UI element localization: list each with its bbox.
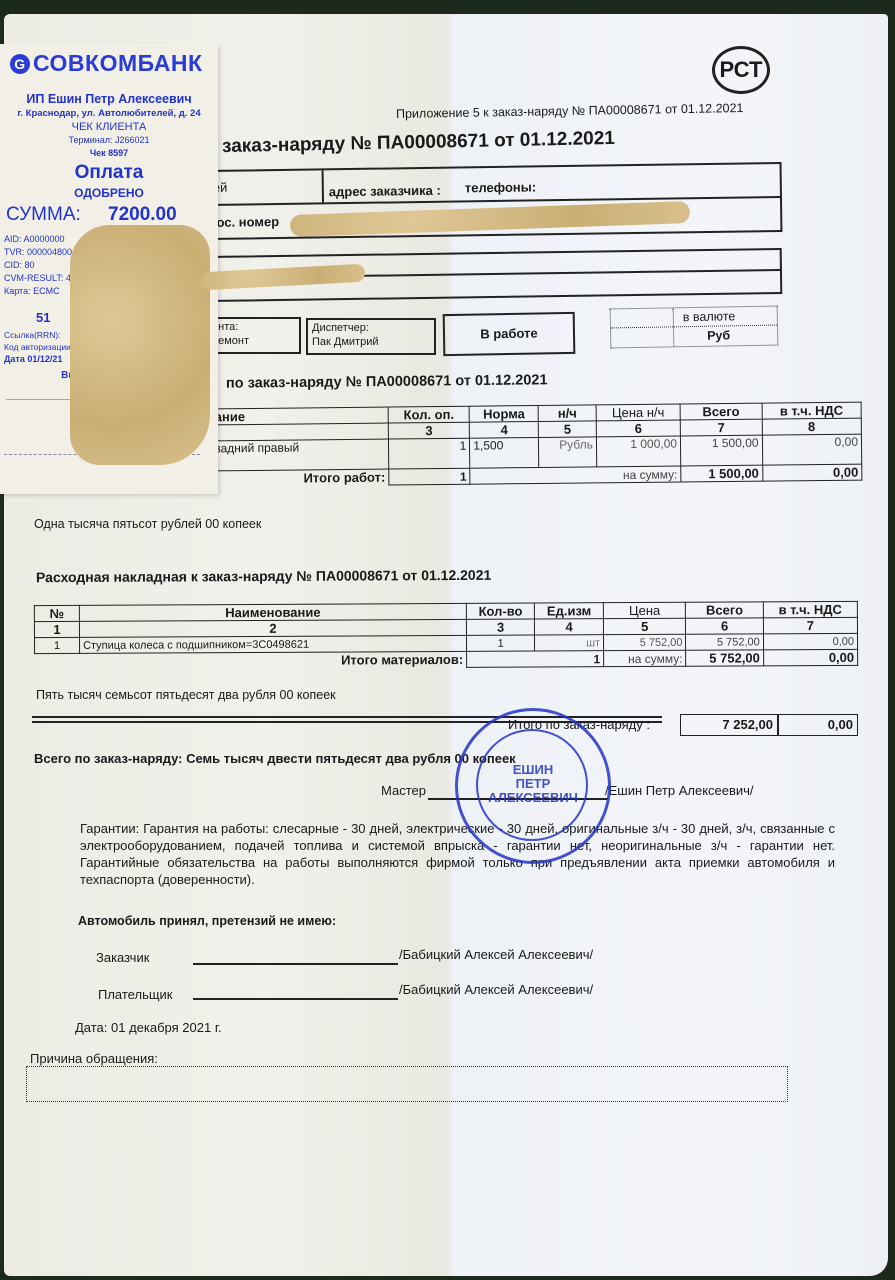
seal-stamp: ЕШИН ПЕТР АЛЕКСЕЕВИЧ [455,708,611,864]
works-header-price: Цена н/ч [596,404,680,421]
plate-number-label: гос. номер [211,214,279,230]
payer-signature-label: Плательщик [98,987,172,1002]
works-header-name: ание [212,407,389,425]
materials-colnum: 3 [466,619,534,635]
receipt-operation: Оплата [0,162,218,184]
stamp-line: АЛЕКСЕЕВИЧ [458,791,608,805]
master-name: /Ешин Петр Алексеевич/ [605,783,754,798]
works-sum-vat: 0,00 [762,464,862,481]
works-sum-total: 1 500,00 [681,465,763,482]
receipt-check-no: Чек 8597 [0,148,218,158]
works-header-total: Всего [680,403,762,420]
works-total-label: Итого работ: [212,469,389,487]
stamp-text: ЕШИН ПЕТР АЛЕКСЕЕВИЧ [458,763,608,805]
receipt-card: Карта: ECMC [4,286,60,296]
stamp-line: ПЕТР [458,777,608,791]
work-name: задний правый [212,439,389,471]
master-label: Мастер [381,783,426,798]
works-colnum: 3 [388,422,469,439]
redaction-blot [70,225,210,465]
works-amount-in-words: Одна тысяча пятьсот рублей 00 копеек [34,517,261,531]
works-title: по заказ-наряду № ПА00008671 от 01.12.20… [226,372,548,391]
receipt-address: г. Краснодар, ул. Автолюбителей, д. 24 [0,108,218,119]
gost-certification-icon: РСТ [712,46,770,94]
dispatcher-box: Диспетчер: Пак Дмитрий [306,318,436,355]
order-status-badge: В работе [443,312,576,356]
materials-total-qty: 1 [467,651,604,668]
materials-total-label: Итого материалов: [80,651,467,669]
work-norm: 1,500 [470,437,539,468]
materials-header-total: Всего [686,602,763,618]
works-colnum: 5 [539,421,597,438]
works-header-norm: Норма [469,405,538,422]
receipt-sum-label: СУММА: [6,204,81,226]
customer-address-label: адрес заказчика : [329,183,441,200]
material-qty: 1 [466,635,534,651]
material-no: 1 [35,637,80,653]
materials-amount-in-words: Пять тысяч семьсот пятьдесят два рубля 0… [36,688,336,702]
acceptance-heading: Автомобиль принял, претензий не имею: [78,914,336,928]
materials-header-qty: Кол-во [466,603,534,619]
materials-header-vat: в т.ч. НДС [763,601,857,617]
materials-colnum: 6 [686,618,763,634]
customer-signature-line[interactable] [193,963,398,965]
material-vat: 0,00 [763,633,857,649]
works-colnum: 6 [596,420,680,437]
work-unit: Рубль [539,437,597,468]
materials-header-price: Цена [603,602,686,618]
materials-sum-label: на сумму: [604,650,687,666]
receipt-aid: AID: A0000000 [4,234,65,244]
materials-colnum: 4 [535,619,604,635]
materials-colnum: 1 [34,621,79,637]
materials-title: Расходная накладная к заказ-наряду № ПА0… [36,567,491,585]
works-header-vat: в т.ч. НДС [762,402,862,419]
currency-label: в валюте [683,309,736,324]
repair-type-box: онта: ремонт [205,317,301,354]
works-sum-label: на сумму: [470,466,681,484]
materials-table: № Наименование Кол-во Ед.изм Цена Всего … [34,601,858,670]
work-vat: 0,00 [762,434,862,465]
dispatcher-label: Диспетчер: [312,322,369,334]
material-unit: шт [535,635,604,651]
works-table: ание Кол. оп. Норма н/ч Цена н/ч Всего в… [212,402,863,488]
receipt-tvr: TVR: 000004800 [4,247,72,257]
reason-label: Причина обращения: [30,1051,158,1066]
work-price: 1 000,00 [596,436,680,467]
bank-logo: GСОВКОМБАНК [10,50,203,77]
works-header-hours: н/ч [538,405,596,422]
stamp-line: ЕШИН [458,763,608,777]
receipt-status: ОДОБРЕНО [0,186,218,200]
bank-logo-icon: G [10,54,30,74]
materials-header-no: № [34,605,79,621]
grand-total-box: 7 252,00 0,00 [680,714,858,736]
reason-field[interactable] [26,1066,788,1102]
materials-header-unit: Ед.изм [535,603,604,619]
grand-total-value: 7 252,00 [681,717,773,732]
grand-total-in-words: Всего по заказ-наряду: Семь тысяч двести… [34,751,516,766]
bank-name: СОВКОМБАНК [33,50,203,76]
warranty-text: Гарантии: Гарантия на работы: слесарные … [80,820,835,888]
payer-signature-name: /Бабицкий Алексей Алексеевич/ [399,982,593,997]
materials-sum-vat: 0,00 [763,649,857,665]
payer-signature-line[interactable] [193,998,398,1000]
works-colnum: 4 [470,421,539,438]
currency-value: Руб [707,328,730,342]
receipt-pan: 51 [36,310,50,325]
customer-phones-label: телефоны: [465,179,537,195]
materials-colnum: 7 [763,617,857,633]
receipt-merchant: ИП Ешин Петр Алексеевич [0,92,218,106]
works-header-qty: Кол. оп. [388,406,469,423]
order-status-text: В работе [445,325,573,342]
material-price: 5 752,00 [604,634,687,650]
acceptance-date: Дата: 01 декабря 2021 г. [75,1020,222,1035]
dispatcher-value: Пак Дмитрий [312,336,379,348]
customer-signature-name: /Бабицкий Алексей Алексеевич/ [399,947,593,962]
work-qty: 1 [388,438,470,469]
receipt-terminal: Терминал: J266021 [0,135,218,145]
work-total: 1 500,00 [680,435,762,466]
currency-box: в валюте Руб [610,306,779,349]
receipt-type: ЧЕК КЛИЕНТА [0,121,218,133]
works-colnum: 7 [680,419,762,436]
materials-sum-total: 5 752,00 [686,650,763,666]
receipt-rrn: Ссылка(RRN): [4,330,61,340]
receipt-date: Дата 01/12/21 [4,354,62,364]
works-total-qty: 1 [389,468,470,485]
works-colnum [212,423,389,441]
works-colnum: 8 [762,418,862,435]
receipt-cid: CID: 80 [4,260,35,270]
materials-colnum: 5 [603,618,686,634]
grand-total-vat: 0,00 [779,717,853,732]
customer-signature-label: Заказчик [96,950,149,965]
material-total: 5 752,00 [686,634,763,650]
